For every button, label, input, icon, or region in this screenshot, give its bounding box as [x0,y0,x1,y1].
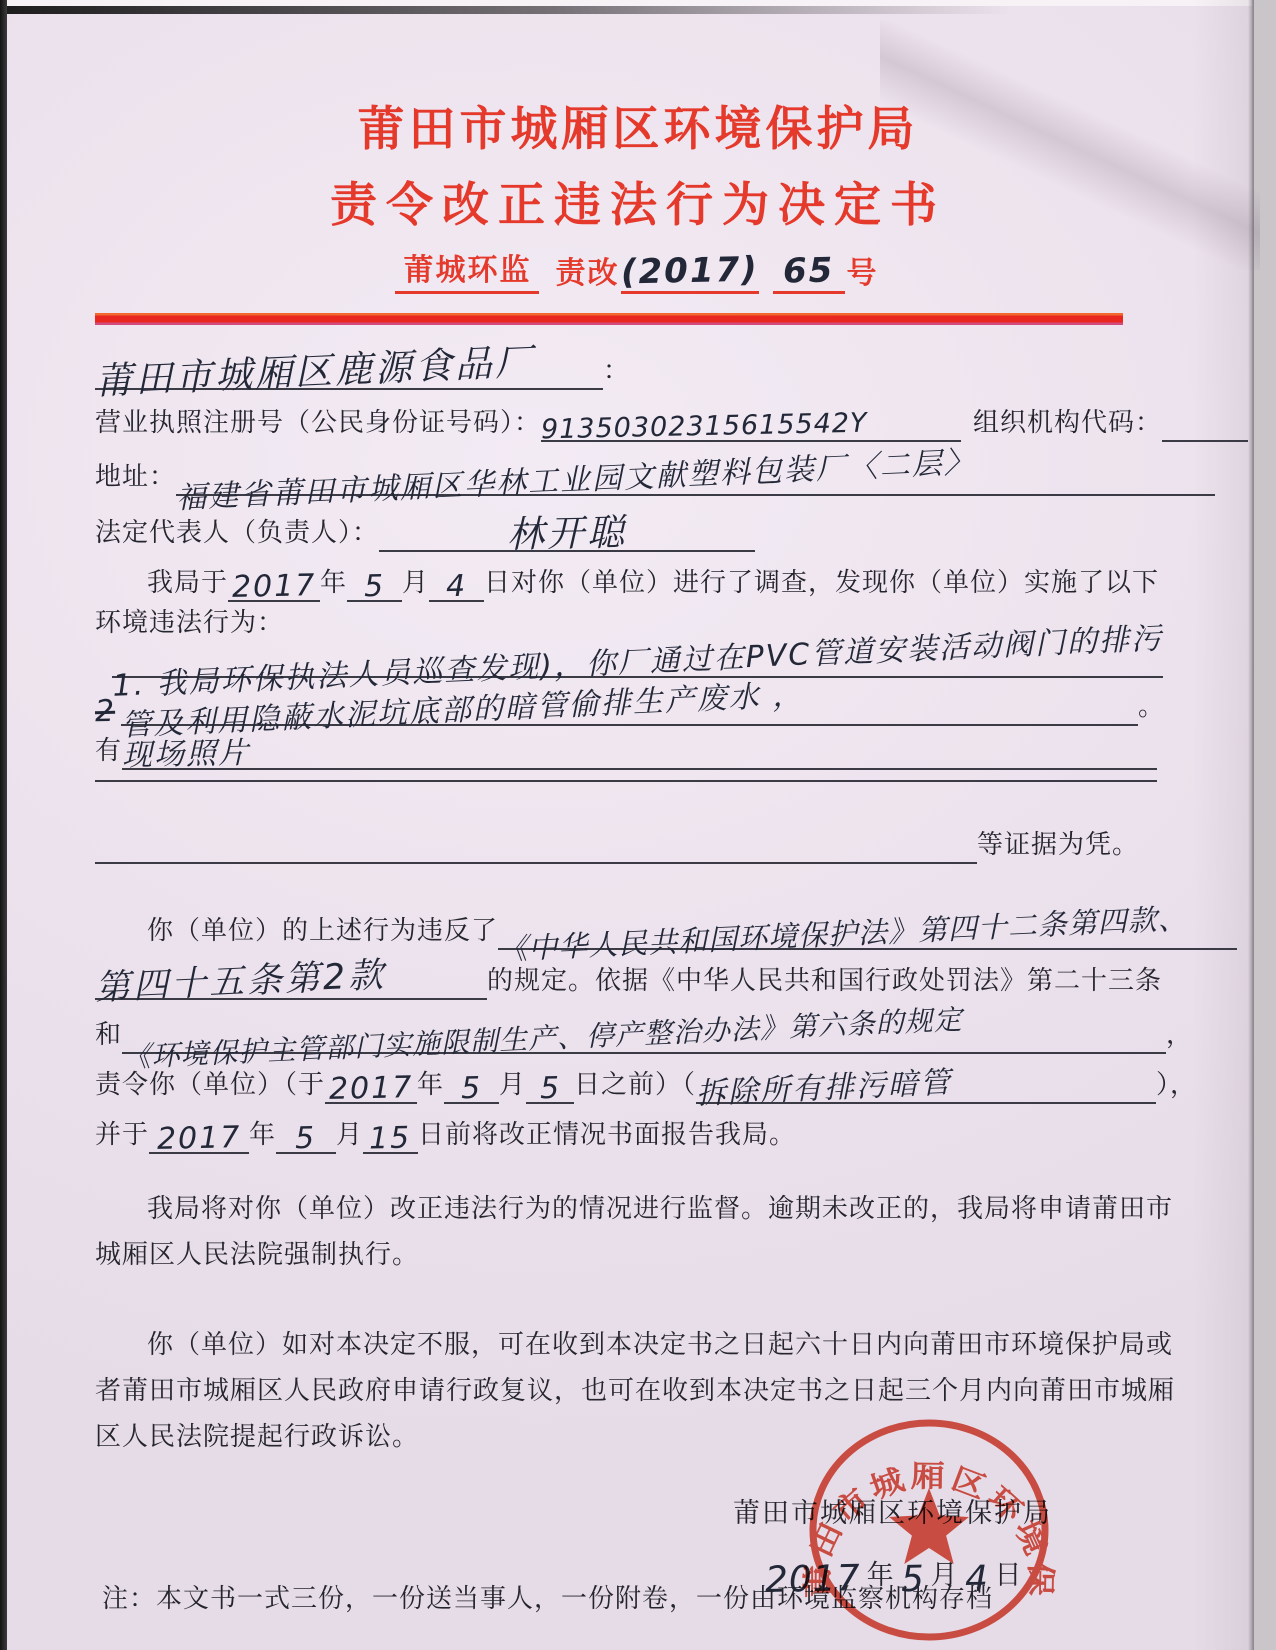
doc-number-line: 莆城环监 责改 (2017) 65 号 [0,244,1276,294]
org-code-label: 组织机构代码： [961,407,1162,443]
order-close: ）， [1156,1069,1197,1105]
legal-pre: 你（单位）的上述行为违反了 [147,915,498,951]
appeal-text1: 你（单位）如对本决定不服，可在收到本决定书之日起六十日内向莆田市环境保护局或 [147,1329,1173,1365]
blank-underline-2 [95,842,977,864]
hw-license-number: 91350302315615542Y [541,407,868,448]
supervision-line1: 我局将对你（单位）改正违法行为的情况进行监督。逾期未改正的，我局将申请莆田市 [95,1186,1237,1228]
report-pre: 并于 [95,1119,149,1155]
license-label: 营业执照注册号（公民身份证号码）： [95,407,541,443]
legal-line3: 和 《环境保护主管部门实施限制生产、停产整治办法》第六条的规定 ， [95,1000,1193,1054]
report-month-label: 月 [336,1119,363,1155]
evidence-blank-line [95,754,1157,782]
supervision-line2: 城厢区人民法院强制执行。 [95,1232,1185,1274]
report-line: 并于 2017 年 5 月 15 日前将改正情况书面报告我局。 [95,1106,1197,1154]
violation-period: 。 [1138,691,1165,727]
investigation-line1: 我局于 2017 年 5 月 4 日对你（单位）进行了调查，发现你（单位）实施了… [95,556,1237,602]
legal-rep-row: 法定代表人（负责人）： 林开聪 [95,498,755,552]
blank-underline [95,780,1157,782]
official-seal: 莆田市城厢区环境保护局 [800,1412,1058,1650]
hw-legal-rep: 林开聪 [507,509,628,558]
seal-star [889,1488,969,1564]
license-row: 营业执照注册号（公民身份证号码）： 91350302315615542Y 组织机… [95,396,1248,442]
order-mid: 日之前）（ [574,1069,696,1105]
hw-investigation-day: 4 [446,567,468,605]
appeal-text3: 区人民法院提起行政诉讼。 [95,1421,419,1457]
addressee-line: 莆田市城厢区鹿源食品厂 ： [95,332,630,390]
legal-comma: ， [1166,1019,1193,1055]
hw-doc-serial: 65 [783,250,835,291]
address-label: 地址： [95,461,176,497]
investigation-pre: 我局于 [147,567,228,603]
evidence-suffix: 等证据为凭。 [977,829,1139,865]
violation-line1: 1. 我局环保执法人员巡查发现)，你厂通过在PVC管道安装活动阀门的排污 [112,620,1160,678]
address-row: 地址： 福建省莆田市城厢区华林工业园文献塑料包装厂〈二层〉 [95,444,1215,496]
hw-investigation-month: 5 [364,567,386,605]
supervision-text1: 我局将对你（单位）改正违法行为的情况进行监督。逾期未改正的，我局将申请莆田市 [147,1193,1173,1229]
hw-order-month: 5 [461,1069,483,1107]
document-title: 责令改正违法行为决定书 [0,168,1276,235]
hw-report-month: 5 [295,1119,317,1157]
year-label: 年 [320,567,347,603]
hw-investigation-year: 2017 [231,567,316,606]
order-year-label: 年 [417,1069,444,1105]
evidence-suffix-row: 等证据为凭。 [95,820,1185,864]
doc-number-type: 责改 [553,248,621,294]
violation-line2: 2 管及利用隐蔽水泥坑底部的暗管偷排生产废水 ， 。 [95,674,1165,726]
doc-number-prefix: 莆城环监 [395,245,539,294]
legal-line2: 第四十五条第2款 的规定。依据《中华人民共和国行政处罚法》第二十三条 [95,948,1185,1000]
legal-line1: 你（单位）的上述行为违反了 《中华人民共和国环境保护法》第四十二条第四款、 [95,892,1237,950]
appeal-line2: 者莆田市城厢区人民政府申请行政复议，也可在收到本决定书之日起三个月内向莆田市城厢 [95,1368,1185,1410]
order-line: 责令你（单位）（于 2017 年 5 月 5 日之前）（ 拆除所有排污暗管 ）， [95,1054,1197,1104]
order-month-label: 月 [499,1069,526,1105]
investigation-post: 日对你（单位）进行了调查，发现你（单位）实施了以下 [484,567,1159,603]
legal-rep-label: 法定代表人（负责人）： [95,517,379,553]
addressee-colon: ： [603,355,630,391]
appeal-text2: 者莆田市城厢区人民政府申请行政复议，也可在收到本决定书之日起三个月内向莆田市城厢 [95,1375,1175,1411]
report-post: 日前将改正情况书面报告我局。 [418,1119,796,1155]
bureau-title: 莆田市城厢区环境保护局 [0,92,1276,159]
hw-order-year: 2017 [328,1069,413,1108]
report-year-label: 年 [249,1119,276,1155]
hw-report-day: 15 [369,1119,412,1157]
hw-order-day: 5 [539,1069,561,1107]
red-divider [95,313,1123,325]
legal-and: 和 [95,1019,122,1055]
hw-report-year: 2017 [156,1119,241,1158]
appeal-line1: 你（单位）如对本决定不服，可在收到本决定书之日起六十日内向莆田市环境保护局或 [95,1322,1237,1364]
legal-mid: 的规定。依据《中华人民共和国行政处罚法》第二十三条 [487,965,1162,1001]
hw-doc-year: (2017) [621,250,760,293]
order-pre: 责令你（单位）（于 [95,1069,325,1105]
scanned-decision-document: 莆田市城厢区环境保护局 责令改正违法行为决定书 莆城环监 责改 (2017) 6… [0,0,1276,1650]
scan-edge-top [0,6,1010,14]
month-label: 月 [402,567,429,603]
doc-number-suffix: 号 [845,248,881,294]
org-code-blank [1162,420,1248,442]
supervision-text2: 城厢区人民法院强制执行。 [95,1239,419,1275]
